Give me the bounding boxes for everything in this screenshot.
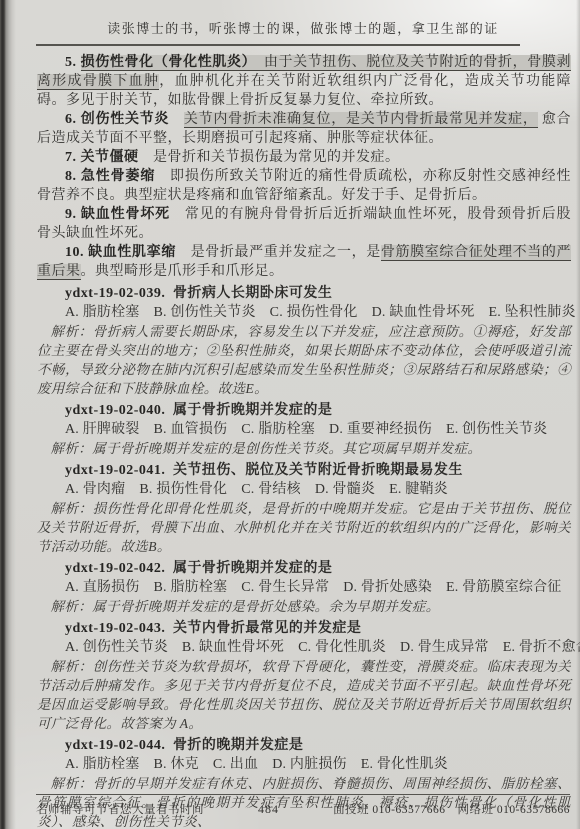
question-analysis: 解析：创伤性关节炎为软骨损坏，软骨下骨硬化，囊性变，滑膜炎症。临床表现为关节活动… <box>37 657 571 733</box>
question-options: A. 直肠损伤B. 脂肪栓塞C. 骨生长异常D. 骨折处感染E. 骨筋膜室综合征 <box>37 578 571 597</box>
note-segment: 损伤性骨化（骨化性肌炎） <box>81 55 250 71</box>
note-paragraph: 6. 创伤性关节炎 关节内骨折未准确复位，是关节内骨折最常见并发症， 愈合后造成… <box>37 110 571 148</box>
question-id-line: ydxt-19-02-043. 关节内骨折最常见的并发症是 <box>37 619 571 638</box>
header-slogan: 读张博士的书，听张博士的课，做张博士的题，拿卫生部的证 <box>36 18 570 37</box>
note-segment: 6. 创伤性关节炎 <box>65 112 169 127</box>
question-stem: 属于骨折晚期并发症的是 <box>173 561 333 576</box>
option-item: C. 出血 <box>213 755 258 774</box>
option-item: D. 骨折处感染 <box>343 578 432 597</box>
option-item: D. 骨生成异常 <box>400 638 489 657</box>
question-separator <box>165 738 173 753</box>
option-item: E. 骨筋膜室综合征 <box>446 578 562 597</box>
option-item: B. 损伤性骨化 <box>139 480 227 499</box>
option-item: B. 缺血性骨坏死 <box>182 638 284 657</box>
note-paragraph: 5. 损伤性骨化（骨化性肌炎） 由于关节扭伤、脱位及关节附近的骨折，骨膜剥离形成… <box>37 53 571 110</box>
question-separator <box>165 286 173 301</box>
option-item: E. 骨化性肌炎 <box>361 755 448 774</box>
note-segment: 9. 缺血性骨坏死 <box>65 207 170 222</box>
note-segment: 关节内骨折未准确复位，是关节内骨折最常见并发症， <box>184 112 538 128</box>
note-segment <box>169 112 184 127</box>
note-paragraph: 8. 急性骨萎缩 即损伤所致关节附近的痛性骨质疏松，亦称反射性交感神经性骨营养不… <box>37 167 571 205</box>
option-item: E. 坠积性肺炎 <box>489 303 576 322</box>
question-analysis: 解析：属于骨折晚期并发症的是创伤性关节炎。其它项属早期并发症。 <box>37 439 571 458</box>
option-item: A. 骨肉瘤 <box>65 480 125 499</box>
question-stem: 骨折的晚期并发症是 <box>173 738 304 753</box>
option-item: A. 肝脾破裂 <box>65 420 140 439</box>
note-segment: 是骨折和关节损伤最为常见的并发症。 <box>139 150 400 165</box>
note-segment: 7. 关节僵硬 <box>65 150 139 165</box>
option-item: D. 骨髓炎 <box>315 480 375 499</box>
footer-slogan: 名师辅导可节省您大量看书时间 <box>36 801 204 817</box>
question-stem: 属于骨折晚期并发症的是 <box>173 403 333 418</box>
question-id-line: ydxt-19-02-039. 骨折病人长期卧床可发生 <box>37 284 571 303</box>
page-body-text: 5. 损伤性骨化（骨化性肌炎） 由于关节扭伤、脱位及关节附近的骨折，骨膜剥离形成… <box>37 53 571 829</box>
question-analysis: 解析：属于骨折晚期并发症的是骨折处感染。余为早期并发症。 <box>37 597 571 616</box>
question-id: ydxt-19-02-041. <box>65 463 165 478</box>
footer-row: 名师辅导可节省您大量看书时间 484 面授班 010-63577666 网络班 … <box>36 801 570 817</box>
option-item: D. 内脏损伤 <box>272 755 347 774</box>
note-segment: 。典型畸形是爪形手和爪形足。 <box>81 264 284 279</box>
question-separator <box>165 403 173 418</box>
question-id: ydxt-19-02-043. <box>65 621 165 636</box>
footer-contact-phones: 面授班 010-63577666 网络班 010-63578666 <box>333 801 570 817</box>
option-item: D. 重要神经损伤 <box>329 420 432 439</box>
question-options: A. 脂肪栓塞B. 休克C. 出血D. 内脏损伤E. 骨化性肌炎 <box>37 755 571 774</box>
question-id-line: ydxt-19-02-041. 关节扭伤、脱位及关节附近骨折晚期最易发生 <box>37 461 571 480</box>
option-item: C. 骨结核 <box>241 480 301 499</box>
question-stem: 骨折病人长期卧床可发生 <box>173 286 333 301</box>
question-id-line: ydxt-19-02-042. 属于骨折晚期并发症的是 <box>37 559 571 578</box>
question-separator <box>165 561 173 576</box>
question-options: A. 脂肪栓塞B. 创伤性关节炎C. 损伤性骨化D. 缺血性骨坏死E. 坠积性肺… <box>37 303 571 322</box>
note-paragraph: 9. 缺血性骨坏死 常见的有腕舟骨骨折后近折端缺血性坏死，股骨颈骨折后股骨头缺血… <box>37 205 571 243</box>
page-footer: 名师辅导可节省您大量看书时间 484 面授班 010-63577666 网络班 … <box>36 794 570 818</box>
option-item: B. 脂肪栓塞 <box>154 578 228 597</box>
option-item: C. 损伤性骨化 <box>270 303 358 322</box>
footer-rule <box>36 794 570 796</box>
book-spine-shadow <box>0 0 16 829</box>
question-separator <box>165 621 173 636</box>
question-id-line: ydxt-19-02-040. 属于骨折晚期并发症的是 <box>37 401 571 420</box>
note-segment: 10. 缺血性肌挛缩 <box>65 245 176 260</box>
note-segment: 8. 急性骨萎缩 <box>65 169 155 184</box>
page-header: 读张博士的书，听张博士的课，做张博士的题，拿卫生部的证 <box>36 18 570 46</box>
question-analysis: 解析：损伤性骨化即骨化性肌炎，是骨折的中晚期并发症。它是由于关节扭伤、脱位及关节… <box>37 499 571 556</box>
question-analysis: 解析：骨折病人需要长期卧床，容易发生以下并发症，应注意预防。①褥疮，好发部位主要… <box>37 322 571 398</box>
option-item: A. 脂肪栓塞 <box>65 303 140 322</box>
note-paragraph: 10. 缺血性肌挛缩 是骨折最严重并发症之一，是骨筋膜室综合征处理不当的严重后果… <box>37 243 571 281</box>
question-options: A. 骨肉瘤B. 损伤性骨化C. 骨结核D. 骨髓炎E. 腱鞘炎 <box>37 480 571 499</box>
option-item: A. 脂肪栓塞 <box>65 755 140 774</box>
question-options: A. 肝脾破裂B. 血管损伤C. 脂肪栓塞D. 重要神经损伤E. 创伤性关节炎 <box>37 420 571 439</box>
option-item: C. 骨化性肌炎 <box>298 638 386 657</box>
question-options: A. 创伤性关节炎B. 缺血性骨坏死C. 骨化性肌炎D. 骨生成异常E. 骨折不… <box>37 638 571 657</box>
header-rule <box>36 44 520 46</box>
option-item: B. 休克 <box>154 755 199 774</box>
option-item: E. 骨折不愈合 <box>503 638 580 657</box>
scanned-book-page: 读张博士的书，听张博士的课，做张博士的题，拿卫生部的证 5. 损伤性骨化（骨化性… <box>0 0 580 829</box>
option-item: A. 直肠损伤 <box>65 578 140 597</box>
question-id: ydxt-19-02-039. <box>65 286 165 301</box>
note-segment: 5. <box>65 55 81 70</box>
question-id-line: ydxt-19-02-044. 骨折的晚期并发症是 <box>37 736 571 755</box>
footer-page-number: 484 <box>258 802 279 817</box>
question-stem: 关节内骨折最常见的并发症是 <box>173 621 362 636</box>
question-id: ydxt-19-02-040. <box>65 403 165 418</box>
option-item: A. 创伤性关节炎 <box>65 638 168 657</box>
page-right-edge-shadow <box>576 0 580 829</box>
option-item: E. 腱鞘炎 <box>389 480 448 499</box>
question-id: ydxt-19-02-042. <box>65 561 165 576</box>
question-id: ydxt-19-02-044. <box>65 738 165 753</box>
option-item: C. 骨生长异常 <box>241 578 329 597</box>
option-item: B. 创伤性关节炎 <box>154 303 256 322</box>
note-paragraph: 7. 关节僵硬 是骨折和关节损伤最为常见的并发症。 <box>37 148 571 167</box>
note-segment: 是骨折最严重并发症之一，是 <box>176 245 381 260</box>
option-item: B. 血管损伤 <box>154 420 228 439</box>
option-item: D. 缺血性骨坏死 <box>372 303 475 322</box>
option-item: E. 创伤性关节炎 <box>446 420 547 439</box>
question-separator <box>165 463 173 478</box>
question-stem: 关节扭伤、脱位及关节附近骨折晚期最易发生 <box>173 463 463 478</box>
option-item: C. 脂肪栓塞 <box>241 420 315 439</box>
